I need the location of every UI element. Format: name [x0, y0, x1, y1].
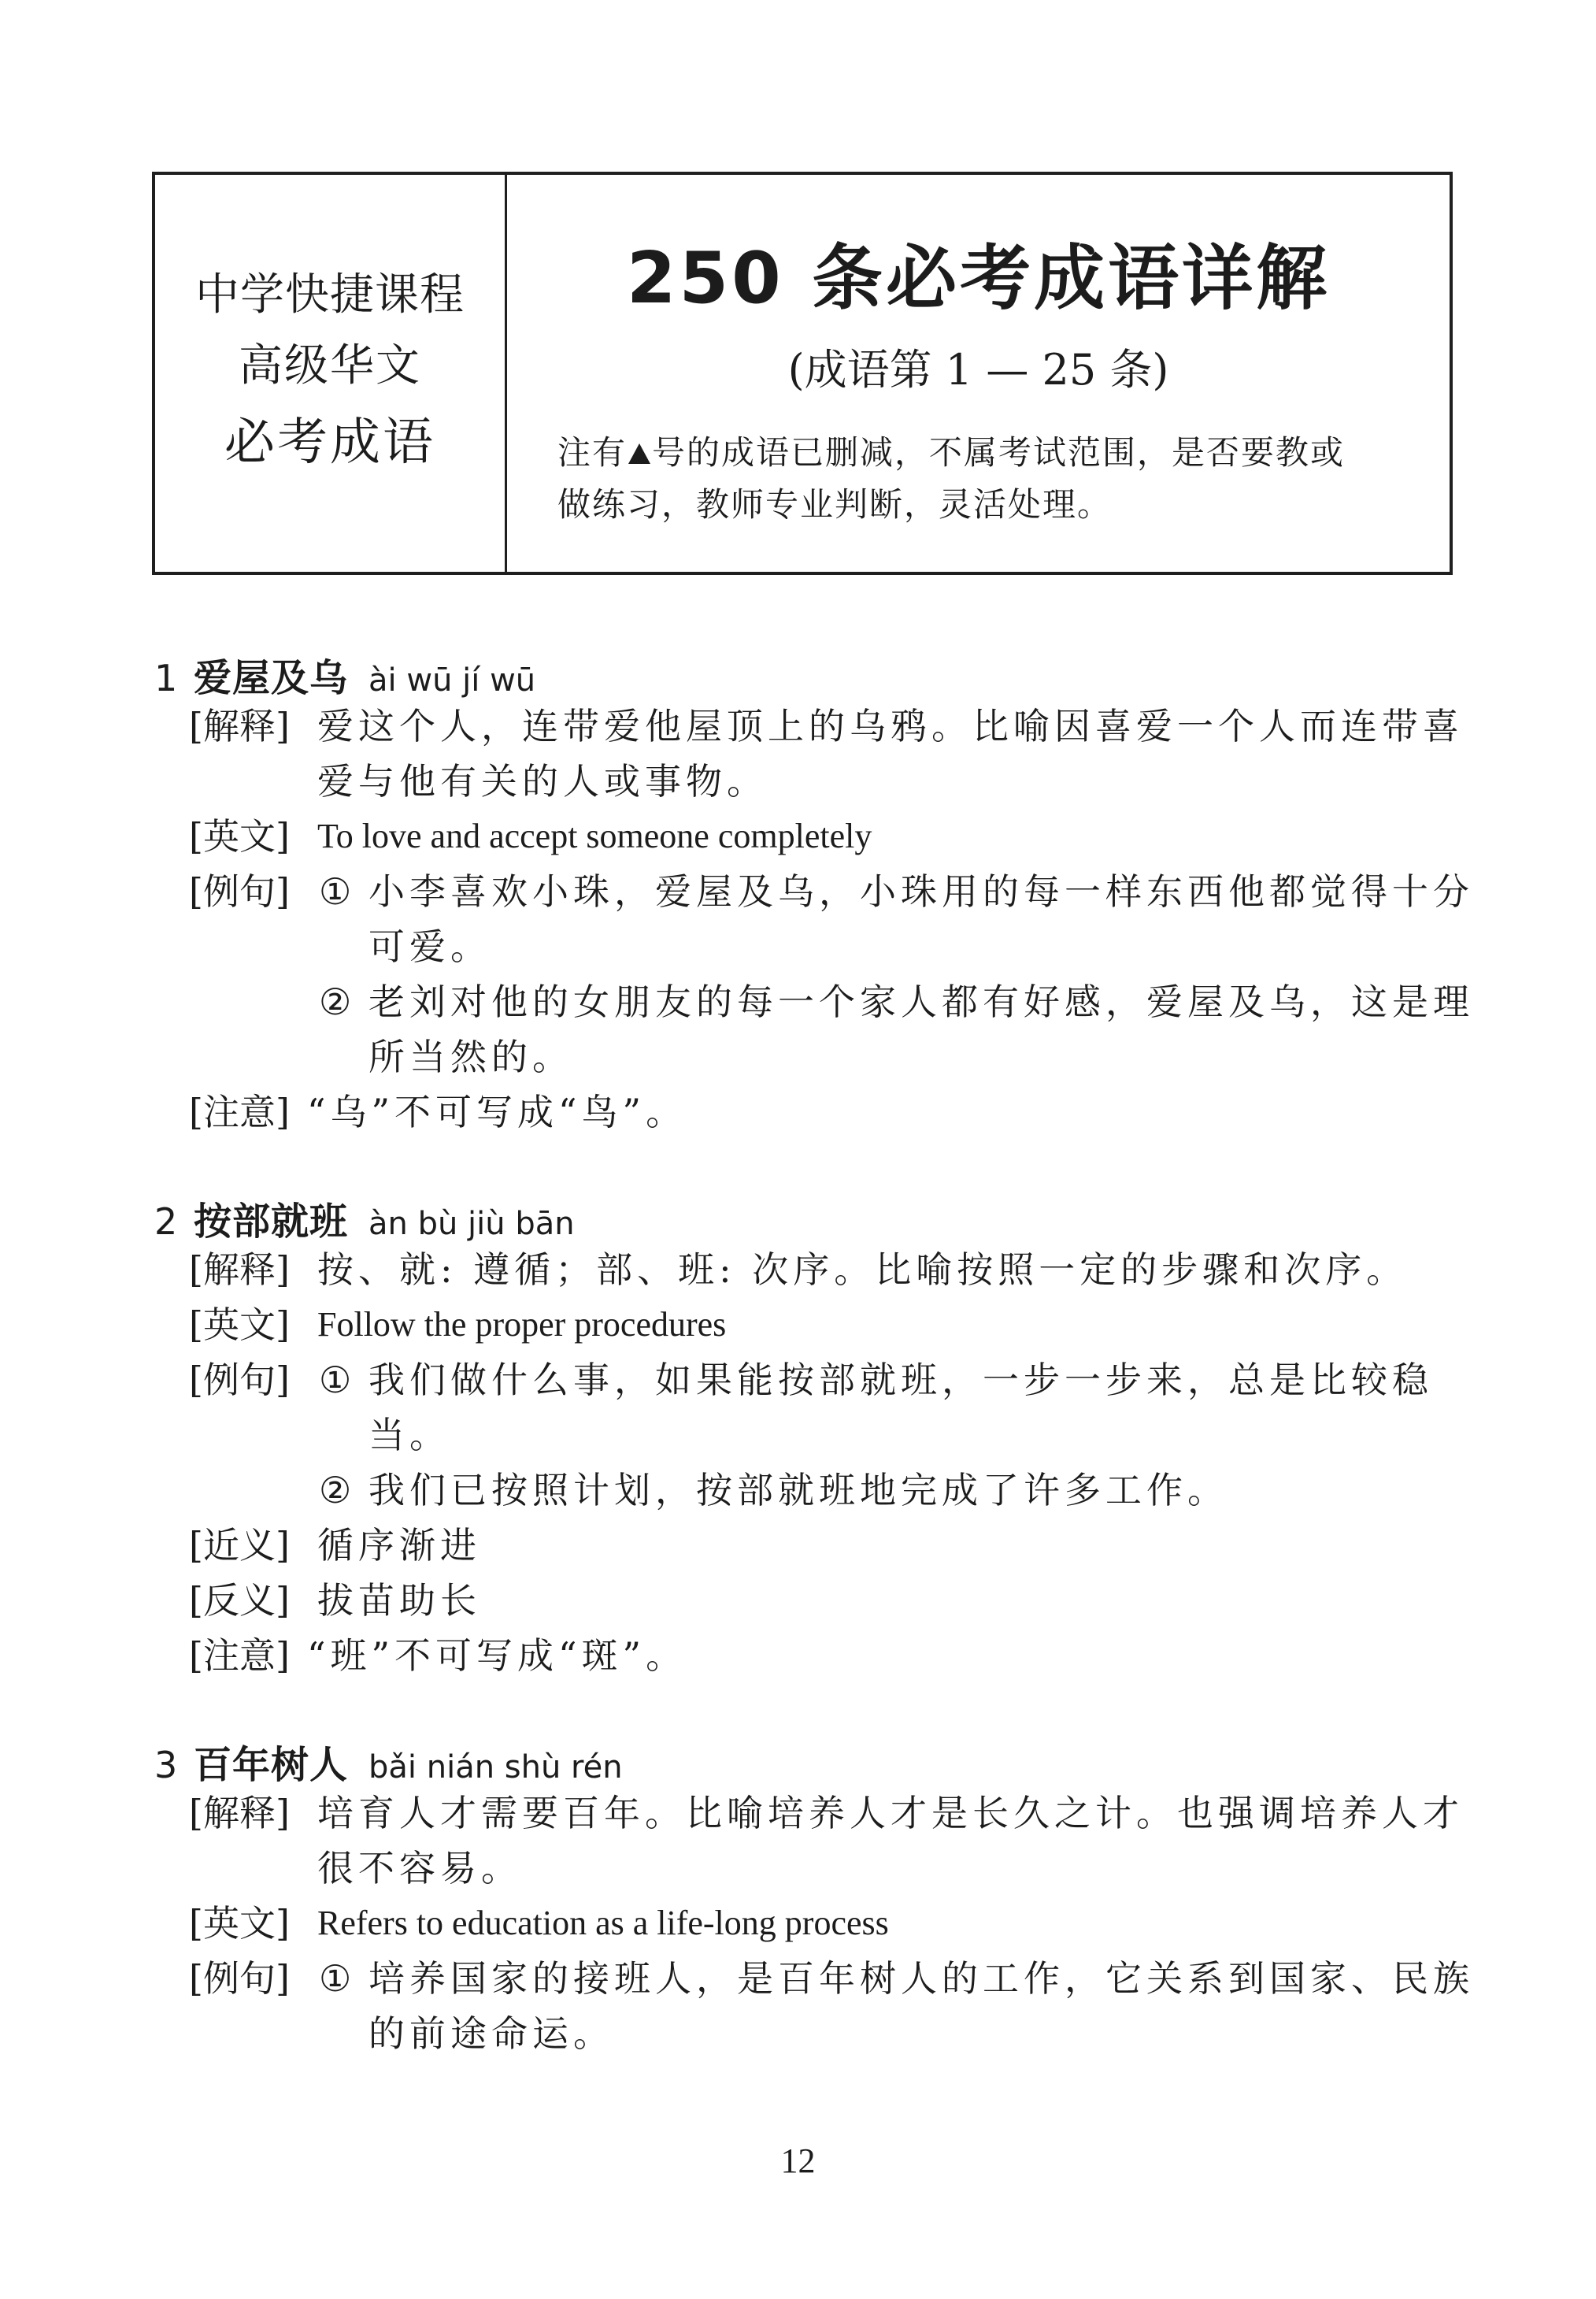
note-text-start: 注有 [557, 433, 627, 472]
example-text: 老刘对他的女朋友的每一个家人都有好感，爱屋及乌，这是理 [368, 978, 1474, 1025]
entry-number: 1 [154, 657, 194, 699]
example-marker: ① [319, 1955, 351, 2002]
chapter-title: 250 条必考成语详解 [507, 221, 1450, 323]
english-text: Follow the proper procedures [317, 1301, 726, 1348]
antonym-row: [反义] 拔苗助长 [189, 1577, 317, 1624]
synonym-text: 循序渐进 [317, 1522, 481, 1569]
example-marker: ② [319, 1467, 351, 1514]
course-info-panel: 中学快捷课程 高级华文 必考成语 [155, 175, 507, 572]
chapter-title-panel: 250 条必考成语详解 (成语第 1 — 25 条) 注有号的成语已删减，不属考… [507, 175, 1450, 572]
english-text: To love and accept someone completely [317, 813, 872, 860]
explanation-label: [解释] [189, 1789, 317, 1837]
english-row: [英文] Refers to education as a life-long … [189, 1900, 317, 1947]
example-text-cont: 的前途命运。 [368, 2010, 614, 2057]
example-text-cont: 可爱。 [368, 923, 491, 970]
synonym-label: [近义] [189, 1522, 317, 1569]
antonym-text: 拔苗助长 [317, 1577, 481, 1624]
entry-idiom: 爱屋及乌 [194, 647, 348, 702]
example-text-cont: 所当然的。 [368, 1033, 573, 1081]
example-label: [例句] [189, 868, 317, 915]
english-label: [英文] [189, 813, 317, 860]
example-row: [例句] ① 我们做什么事，如果能按部就班，一步一步来，总是比较稳 [189, 1356, 317, 1404]
example-marker: ① [319, 1356, 351, 1404]
note-text-rest: 号的成语已删减，不属考试范围，是否要教或 [652, 433, 1345, 472]
example-marker: ① [319, 868, 351, 915]
explanation-row: [解释] 培育人才需要百年。比喻培养人才是长久之计。也强调培养人才 [189, 1789, 317, 1837]
note-row: [注意] “班”不可写成“斑”。 [189, 1632, 317, 1679]
example-marker: ② [319, 978, 351, 1025]
section-name: 必考成语 [155, 402, 505, 474]
note-text: “乌”不可写成“鸟”。 [307, 1088, 687, 1136]
example-text-cont: 当。 [368, 1411, 450, 1459]
entry-number: 3 [154, 1744, 194, 1786]
example-text: 我们做什么事，如果能按部就班，一步一步来，总是比较稳 [368, 1356, 1433, 1404]
note-text: “班”不可写成“斑”。 [307, 1632, 687, 1679]
entry-idiom: 百年树人 [194, 1734, 348, 1789]
example-text: 我们已按照计划，按部就班地完成了许多工作。 [368, 1467, 1228, 1514]
chapter-note: 注有号的成语已删减，不属考试范围，是否要教或 做练习，教师专业判断，灵活处理。 [557, 427, 1424, 531]
explanation-text: 爱这个人，连带爱他屋顶上的乌鸦。比喻因喜爱一个人而连带喜 [317, 703, 1464, 750]
entry-pinyin: àn bù jiù bān [368, 1206, 575, 1242]
entry-heading: 3 百年树人 bǎi nián shù rén [154, 1734, 623, 1782]
synonym-row: [近义] 循序渐进 [189, 1522, 317, 1569]
antonym-label: [反义] [189, 1577, 317, 1624]
entry-heading: 2 按部就班 àn bù jiù bān [154, 1191, 575, 1238]
entry-heading: 1 爱屋及乌 ài wū jí wū [154, 647, 535, 695]
chapter-header-box: 中学快捷课程 高级华文 必考成语 250 条必考成语详解 (成语第 1 — 25… [152, 172, 1453, 575]
entry-number: 2 [154, 1200, 194, 1243]
english-label: [英文] [189, 1301, 317, 1348]
triangle-icon [628, 443, 650, 464]
english-text: Refers to education as a life-long proce… [317, 1900, 889, 1947]
explanation-text-cont: 很不容易。 [317, 1845, 522, 1892]
explanation-label: [解释] [189, 703, 317, 750]
example-row: [例句] ① 小李喜欢小珠，爱屋及乌，小珠用的每一样东西他都觉得十分 [189, 868, 317, 915]
entry-pinyin: ài wū jí wū [368, 662, 535, 699]
page-number: 12 [0, 2141, 1596, 2181]
note-row: [注意] “乌”不可写成“鸟”。 [189, 1088, 317, 1136]
subject-name: 高级华文 [155, 331, 505, 394]
example-row: ② 我们已按照计划，按部就班地完成了许多工作。 [189, 1467, 317, 1514]
entry-idiom: 按部就班 [194, 1191, 348, 1245]
explanation-text: 按、就: 遵循；部、班: 次序。比喻按照一定的步骤和次序。 [317, 1246, 1407, 1293]
explanation-text-cont: 爱与他有关的人或事物。 [317, 758, 768, 805]
note-label: [注意] [189, 1632, 317, 1679]
explanation-label: [解释] [189, 1246, 317, 1293]
entry-pinyin: bǎi nián shù rén [368, 1749, 623, 1785]
english-row: [英文] Follow the proper procedures [189, 1301, 317, 1348]
explanation-row: [解释] 按、就: 遵循；部、班: 次序。比喻按照一定的步骤和次序。 [189, 1246, 317, 1293]
chapter-subtitle: (成语第 1 — 25 条) [507, 336, 1450, 397]
english-label: [英文] [189, 1900, 317, 1947]
example-text: 小李喜欢小珠，爱屋及乌，小珠用的每一样东西他都觉得十分 [368, 868, 1474, 915]
note-text-line2: 做练习，教师专业判断，灵活处理。 [557, 485, 1112, 524]
course-name: 中学快捷课程 [155, 260, 505, 323]
example-row: [例句] ① 培养国家的接班人，是百年树人的工作，它关系到国家、民族 [189, 1955, 317, 2002]
example-label: [例句] [189, 1356, 317, 1404]
english-row: [英文] To love and accept someone complete… [189, 813, 317, 860]
note-label: [注意] [189, 1088, 317, 1136]
explanation-row: [解释] 爱这个人，连带爱他屋顶上的乌鸦。比喻因喜爱一个人而连带喜 [189, 703, 317, 750]
example-label: [例句] [189, 1955, 317, 2002]
example-row: ② 老刘对他的女朋友的每一个家人都有好感，爱屋及乌，这是理 [189, 978, 317, 1025]
explanation-text: 培育人才需要百年。比喻培养人才是长久之计。也强调培养人才 [317, 1789, 1464, 1837]
example-text: 培养国家的接班人，是百年树人的工作，它关系到国家、民族 [368, 1955, 1474, 2002]
